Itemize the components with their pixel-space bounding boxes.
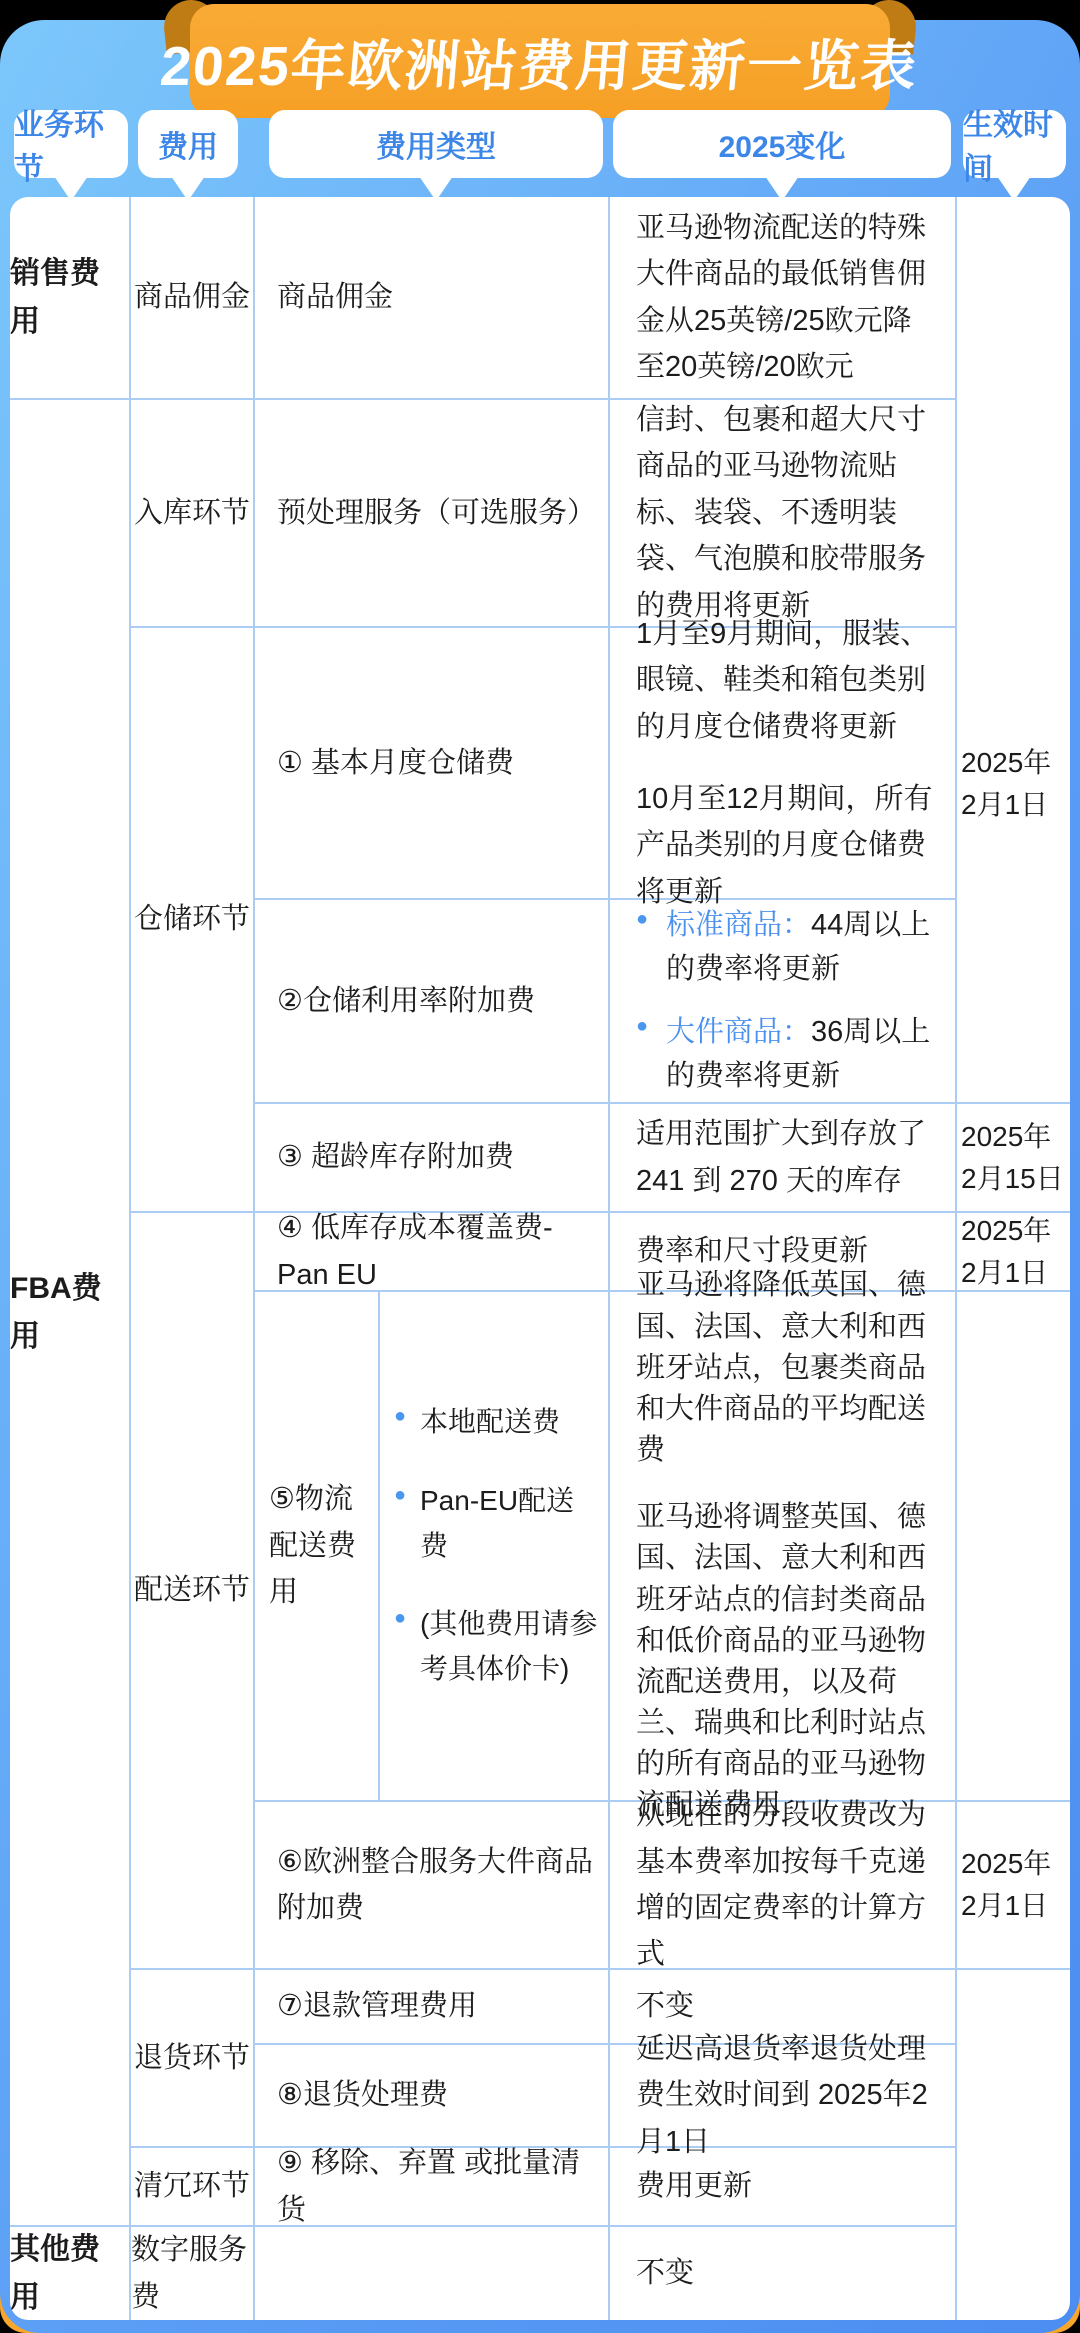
cell-date-feb15: 2025年2月15日 <box>957 1104 1070 1213</box>
cell-change-removal: 费用更新 <box>610 2148 957 2227</box>
cell-fee-storage: 仓储环节 <box>131 628 255 1213</box>
cell-type-removal-disposal: ⑨ 移除、弃置 或批量清货 <box>255 2148 610 2227</box>
list-item: ●本地配送费 <box>394 1400 600 1445</box>
cell-date-feb1-eu-integration: 2025年2月1日 <box>957 1802 1070 1970</box>
column-header-2025-change: 2025变化 <box>613 110 951 178</box>
cell-date-empty-fulfillment <box>957 1292 1070 1802</box>
cell-business-sales: 销售费用 <box>10 197 131 400</box>
fulfillment-fee-label: ⑤物流配送费用 <box>255 1292 380 1800</box>
cell-change-aged-inventory: 适用范围扩大到存放了 241 到 270 天的库存 <box>610 1104 957 1213</box>
list-item-label: 本地配送费 <box>420 1400 560 1445</box>
page-title: 2025年欧洲站费用更新一览表 <box>158 22 922 101</box>
cell-type-return-processing: ⑧退货处理费 <box>255 2045 610 2148</box>
change-text: 不变 <box>636 1983 694 2029</box>
change-text: 亚马逊将调整英国、德国、法国、意大利和西班牙站点的信封类商品和低价商品的亚马逊物… <box>636 1497 937 1826</box>
cell-fee-delivery: 配送环节 <box>131 1213 255 1970</box>
change-text: 标准商品：44周以上的费率将更新 <box>666 904 937 991</box>
bullet-dot-icon: ● <box>394 1400 420 1432</box>
cell-date-feb1-low-inventory: 2025年2月1日 <box>957 1213 1070 1292</box>
highlight-label: 大件商品： <box>666 1016 811 1048</box>
cell-fee-inbound: 入库环节 <box>131 400 255 628</box>
cell-business-fba: FBA费用 <box>10 400 131 2227</box>
cell-type-empty <box>255 2227 610 2320</box>
change-text: 大件商品：36周以上的费率将更新 <box>666 1011 937 1098</box>
change-text: 亚马逊物流配送的特殊大件商品的最低销售佣金从25英镑/25欧元降至20英镑/20… <box>636 205 937 391</box>
cell-type-fba-fulfillment: ⑤物流配送费用 ●本地配送费 ●Pan-EU配送费 ●(其他费用请参考具体价卡) <box>255 1292 610 1802</box>
cell-change-utilization: ●标准商品：44周以上的费率将更新 ●大件商品：36周以上的费率将更新 <box>610 900 957 1104</box>
bullet-dot-icon: ● <box>394 1479 420 1511</box>
cell-change-return-processing: 延迟高退货率退货处理费生效时间到 2025年2月1日 <box>610 2045 957 2148</box>
list-item: ●Pan-EU配送费 <box>394 1479 600 1569</box>
cell-type-refund-admin: ⑦退款管理费用 <box>255 1970 610 2045</box>
change-text: 不变 <box>636 2250 694 2296</box>
cell-change-monthly-storage: 1月至9月期间，服装、眼镜、鞋类和箱包类别的月度仓储费将更新 10月至12月期间… <box>610 628 957 900</box>
cell-type-low-inventory: ④ 低库存成本覆盖费-Pan EU <box>255 1213 610 1292</box>
cell-type-aged-inventory: ③ 超龄库存附加费 <box>255 1104 610 1213</box>
cell-change-prep: 信封、包裹和超大尺寸商品的亚马逊物流贴标、装袋、不透明装袋、气泡膜和胶带服务的费… <box>610 400 957 628</box>
change-text: 适用范围扩大到存放了 241 到 270 天的库存 <box>636 1111 937 1204</box>
cell-fee-digital-service: 数字服务费 <box>131 2227 255 2320</box>
list-item: ●(其他费用请参考具体价卡) <box>394 1602 600 1692</box>
change-text: 信封、包裹和超大尺寸商品的亚马逊物流贴标、装袋、不透明装袋、气泡膜和胶带服务的费… <box>636 397 937 629</box>
list-item-label: Pan-EU配送费 <box>420 1479 600 1569</box>
change-text: 10月至12月期间，所有产品类别的月度仓储费将更新 <box>636 776 937 915</box>
cell-change-eu-integration: 从现在的分段收费改为基本费率加按每千克递增的固定费率的计算方式 <box>610 1802 957 1970</box>
bullet-dot-icon: ● <box>636 904 666 934</box>
column-header-business: 业务环节 <box>14 110 128 178</box>
bullet-dot-icon: ● <box>394 1602 420 1634</box>
cell-date-empty-bottom <box>957 1970 1070 2320</box>
fulfillment-fee-sublist: ●本地配送费 ●Pan-EU配送费 ●(其他费用请参考具体价卡) <box>380 1292 608 1800</box>
cell-fee-returns: 退货环节 <box>131 1970 255 2148</box>
cell-change-fulfillment: 亚马逊将降低英国、德国、法国、意大利和西班牙站点，包裹类商品和大件商品的平均配送… <box>610 1292 957 1802</box>
change-text: 从现在的分段收费改为基本费率加按每千克递增的固定费率的计算方式 <box>636 1792 937 1978</box>
change-text: 1月至9月期间，服装、眼镜、鞋类和箱包类别的月度仓储费将更新 <box>636 611 937 750</box>
change-text: 费用更新 <box>636 2163 752 2209</box>
list-item: ●标准商品：44周以上的费率将更新 <box>636 904 937 991</box>
cell-type-eu-integration-surcharge: ⑥欧洲整合服务大件商品附加费 <box>255 1802 610 1970</box>
highlight-label: 标准商品： <box>666 909 811 941</box>
cell-type-monthly-storage: ① 基本月度仓储费 <box>255 628 610 900</box>
cell-type-commission: 商品佣金 <box>255 197 610 400</box>
cell-change-digital-service: 不变 <box>610 2227 957 2320</box>
cell-change-commission: 亚马逊物流配送的特殊大件商品的最低销售佣金从25英镑/25欧元降至20英镑/20… <box>610 197 957 400</box>
fee-update-table: 销售费用 FBA费用 其他费用 商品佣金 入库环节 仓储环节 配送环节 退货环节… <box>10 197 1070 2320</box>
change-text: 亚马逊将降低英国、德国、法国、意大利和西班牙站点，包裹类商品和大件商品的平均配送… <box>636 1265 937 1471</box>
cell-type-utilization-surcharge: ②仓储利用率附加费 <box>255 900 610 1104</box>
title-banner: 2025年欧洲站费用更新一览表 <box>190 4 890 118</box>
cell-fee-clearance: 清冗环节 <box>131 2148 255 2227</box>
cell-fee-commission: 商品佣金 <box>131 197 255 400</box>
bullet-dot-icon: ● <box>636 1011 666 1041</box>
infographic-page: 2025年欧洲站费用更新一览表 业务环节 费用 费用类型 2025变化 生效时间… <box>0 0 1080 2333</box>
column-header-fee-type: 费用类型 <box>269 110 603 178</box>
cell-business-other: 其他费用 <box>10 2227 131 2320</box>
cell-date-feb1-top: 2025年2月1日 <box>957 197 1070 1104</box>
list-item: ●大件商品：36周以上的费率将更新 <box>636 1011 937 1098</box>
column-header-fee: 费用 <box>138 110 238 178</box>
change-text: 延迟高退货率退货处理费生效时间到 2025年2月1日 <box>636 2026 937 2165</box>
cell-type-prep-service: 预处理服务（可选服务） <box>255 400 610 628</box>
list-item-label: (其他费用请参考具体价卡) <box>420 1602 600 1692</box>
column-header-effective-date: 生效时间 <box>963 110 1066 178</box>
